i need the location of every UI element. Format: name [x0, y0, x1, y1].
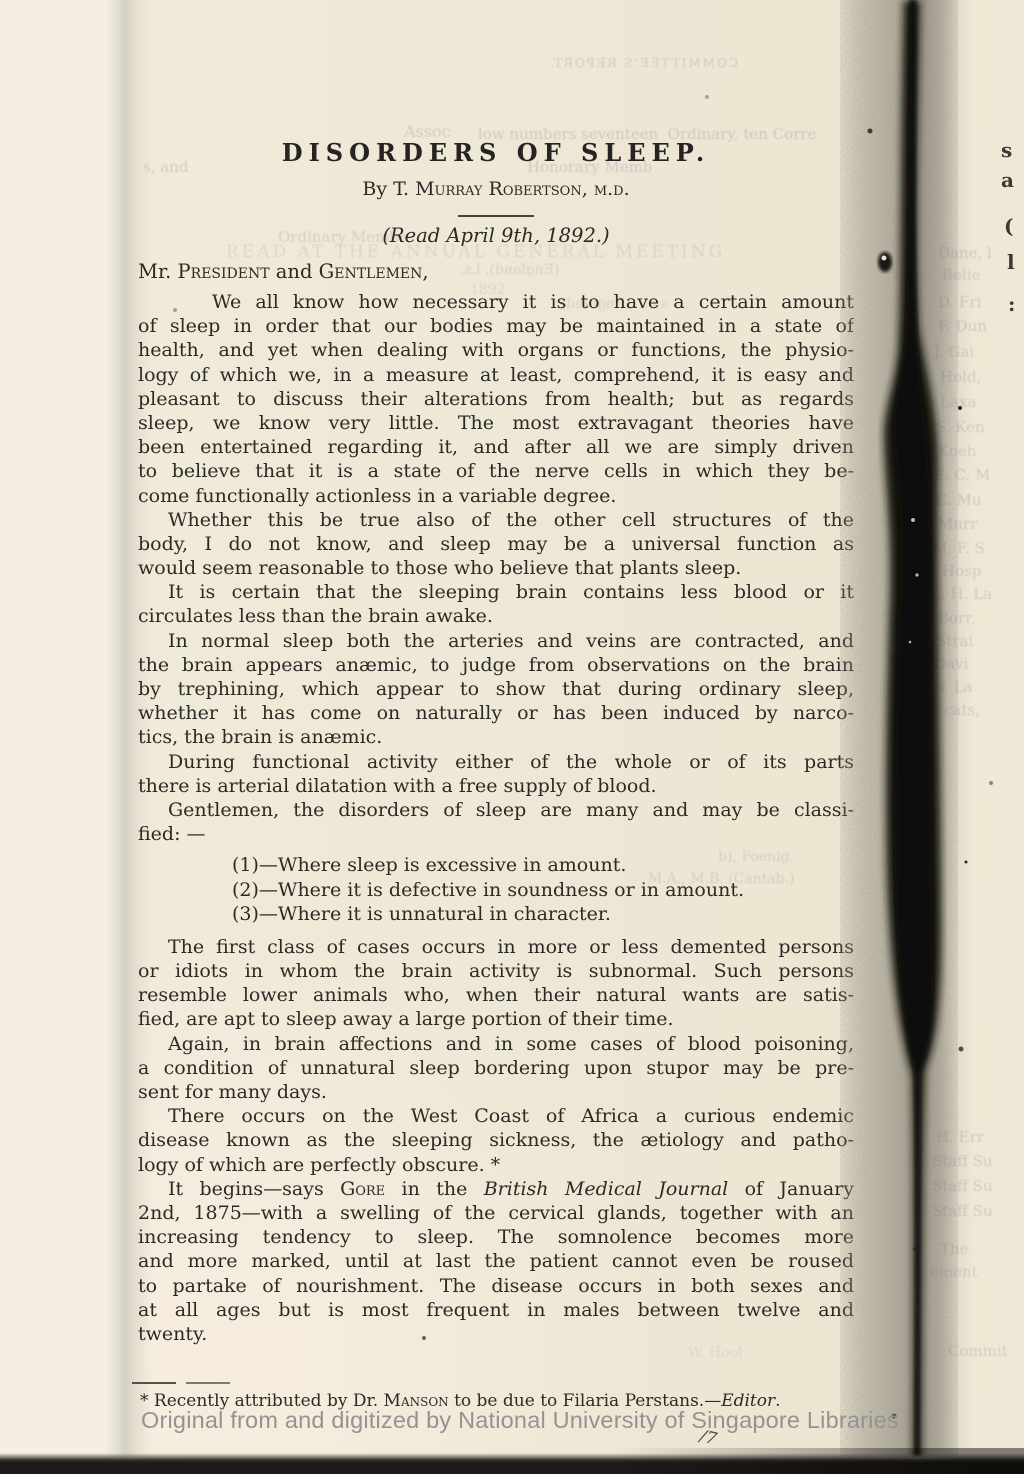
- facing-page-edge: sa(l:: [0, 0, 1024, 1474]
- scanned-page: { "colors": { "paper": "#efe8d6", "ink":…: [0, 0, 1024, 1474]
- scan-edge-shadow: [0, 1448, 1024, 1474]
- facing-page-text-fragment: :: [1008, 292, 1015, 316]
- facing-page-text-fragment: a: [1001, 168, 1014, 192]
- facing-page-text-fragment: (: [1004, 214, 1013, 238]
- digitization-watermark: Original from and digitized by National …: [141, 1407, 899, 1434]
- facing-page-text-fragment: s: [1001, 138, 1012, 162]
- facing-page-text-fragment: l: [1007, 250, 1015, 274]
- dust-specks: [0, 0, 2, 2]
